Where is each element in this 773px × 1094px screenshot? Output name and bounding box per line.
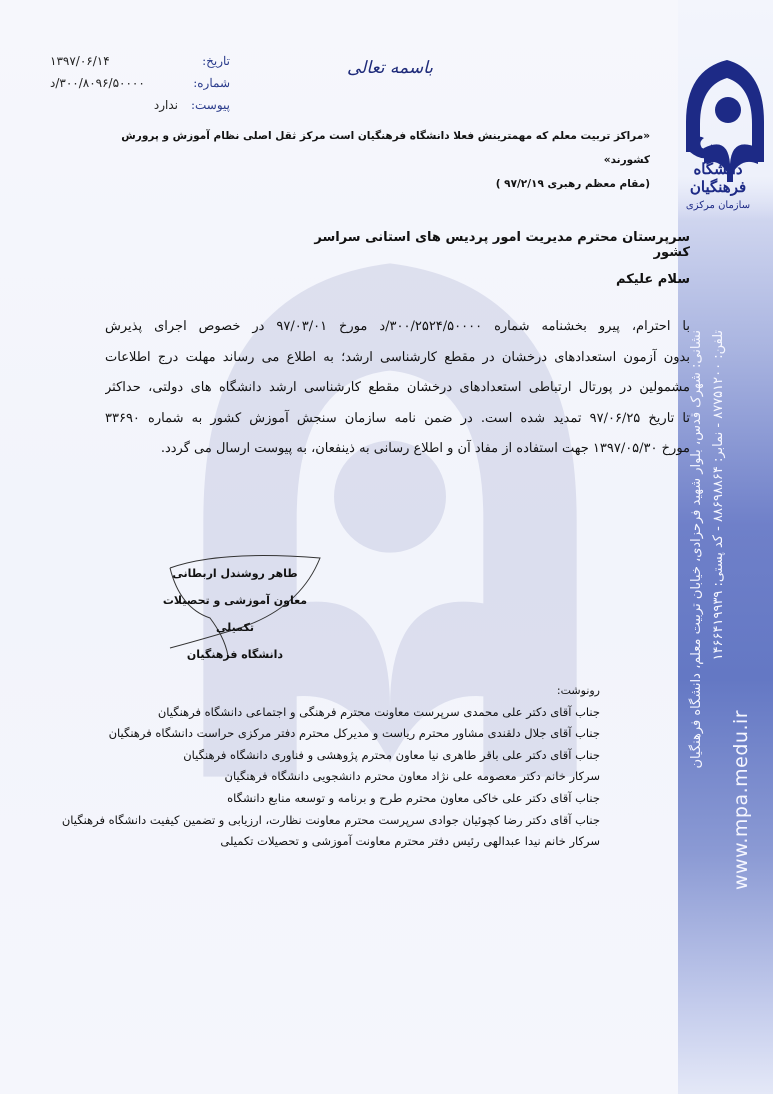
quote-source: (مقام معظم رهبری ۹۷/۲/۱۹ ) [95,172,650,196]
attachment-value: ندارد [50,98,182,112]
sidebar-address: نشانی: شهرک قدس، بلوار شهید فرحزادی، خیا… [686,330,766,890]
cc-list: رونوشت: جناب آقای دکتر علی محمدی سرپرست … [110,680,600,853]
logo-text: دانشگاه فرهنگیان سازمان مرکزی [668,160,768,211]
cc-item: سرکار خانم نیدا عبدالهی رئیس دفتر محترم … [110,831,600,853]
attachment-label: پیوست: [182,98,230,112]
signer-title: معاون آموزشی و تحصیلات تکمیلی [150,587,320,641]
quote-text: «مراکز تربیت معلم که مهمترینش فعلا دانشگ… [121,130,650,166]
university-name: دانشگاه فرهنگیان [668,160,768,196]
number-label: شماره: [182,76,230,90]
letter-body: با احترام، پیرو بخشنامه شماره ۳۰۰/۲۵۲۴/۵… [105,312,690,465]
cc-item: سرکار خانم دکتر معصومه علی نژاد معاون مح… [110,766,600,788]
leader-quote: «مراکز تربیت معلم که مهمترینش فعلا دانشگ… [95,124,650,196]
date-label: تاریخ: [182,54,230,68]
cc-title: رونوشت: [110,680,600,702]
body-line: تا تاریخ ۹۷/۰۶/۲۵ تمدید شده است. در ضمن … [105,404,690,435]
website-link[interactable]: www.mpa.medu.ir [730,330,752,890]
signer-name: طاهر روشندل اربطانی [150,560,320,587]
body-line: بدون آزمون استعدادهای درخشان در مقطع کار… [105,343,690,374]
letter-page: دانشگاه فرهنگیان سازمان مرکزی نشانی: شهر… [0,0,773,1094]
date-value: ۱۳۹۷/۰۶/۱۴ [50,54,182,68]
letter-meta: تاریخ: ۱۳۹۷/۰۶/۱۴ شماره: ۳۰۰/۸۰۹۶/۵۰۰۰۰/… [50,50,230,116]
number-value: ۳۰۰/۸۰۹۶/۵۰۰۰۰/د [50,76,182,90]
meta-number: شماره: ۳۰۰/۸۰۹۶/۵۰۰۰۰/د [50,72,230,94]
cc-item: جناب آقای دکتر علی خاکی معاون محترم طرح … [110,788,600,810]
body-line: مشمولین در پورتال ارتباطی استعدادهای درخ… [105,373,690,404]
greeting: سلام علیکم [290,272,690,287]
org-subtitle: سازمان مرکزی [668,200,768,211]
cc-item: جناب آقای دکتر رضا کچوئیان جوادی سرپرست … [110,810,600,832]
cc-item: جناب آقای جلال دلقندی مشاور محترم ریاست … [110,723,600,745]
meta-date: تاریخ: ۱۳۹۷/۰۶/۱۴ [50,50,230,72]
body-line: مورخ ۱۳۹۷/۰۵/۳۰ جهت استفاده از مفاد آن و… [105,434,690,465]
bismillah-heading: باسمه تعالی [340,58,440,78]
meta-attachment: پیوست: ندارد [50,94,230,116]
contact-line: تلفن: ۸۷۷۵۱۲۰۰ - نمابر: ۸۸۶۹۸۸۶۴ - کد پس… [708,330,730,890]
addressee: سرپرستان محترم مدیریت امور پردیس های است… [290,230,690,260]
signature-block: طاهر روشندل اربطانی معاون آموزشی و تحصیل… [150,560,320,668]
cc-item: جناب آقای دکتر علی محمدی سرپرست معاونت م… [110,702,600,724]
body-line: با احترام، پیرو بخشنامه شماره ۳۰۰/۲۵۲۴/۵… [105,312,690,343]
signer-org: دانشگاه فرهنگیان [150,641,320,668]
cc-item: جناب آقای دکتر علی باقر طاهری نیا معاون … [110,745,600,767]
